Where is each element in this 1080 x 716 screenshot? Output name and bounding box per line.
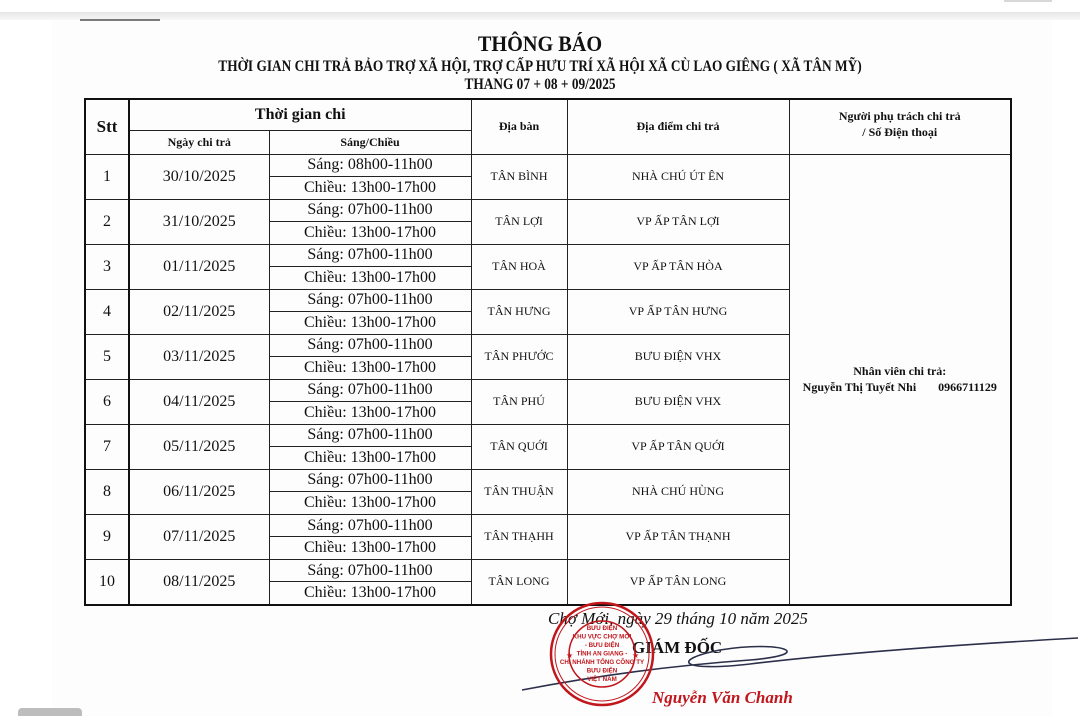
row-morning-slot: Sáng: 08h00-11h00 [269,154,471,177]
row-afternoon-slot: Chiều: 13h00-17h00 [269,357,471,380]
person-in-charge: Nhân viên chi trả:Nguyễn Thị Tuyết Nhi09… [789,154,1011,605]
signer-name: Nguyễn Văn Chanh [652,688,793,708]
paper-fold-edge [80,19,160,21]
row-afternoon-slot: Chiều: 13h00-17h00 [269,177,471,200]
row-afternoon-slot: Chiều: 13h00-17h00 [269,222,471,245]
row-stt: 7 [85,424,129,469]
row-place: BƯU ĐIỆN VHX [567,334,789,379]
row-morning-slot: Sáng: 07h00-11h00 [269,424,471,447]
payment-schedule-table: Stt Thời gian chi Địa bàn Địa điểm chi t… [84,98,1012,606]
row-date: 31/10/2025 [129,199,269,244]
svg-text:- BƯU ĐIỆN: - BƯU ĐIỆN [585,641,620,649]
row-stt: 8 [85,469,129,514]
person-name: Nguyễn Thị Tuyết Nhi [803,380,917,394]
row-area: TÂN BÌNH [471,154,567,199]
header-date: Ngày chi trả [129,130,269,154]
row-stt: 3 [85,244,129,289]
viewer-bottom-handle[interactable] [18,708,82,716]
row-morning-slot: Sáng: 07h00-11h00 [269,244,471,267]
row-afternoon-slot: Chiều: 13h00-17h00 [269,402,471,425]
document-subtitle: THỜI GIAN CHI TRẢ BẢO TRỢ XÃ HỘI, TRỢ CẤ… [76,58,1005,76]
row-area: TÂN QUỚI [471,424,567,469]
row-afternoon-slot: Chiều: 13h00-17h00 [269,447,471,470]
row-area: TÂN LỢI [471,199,567,244]
row-area: TÂN PHÚ [471,379,567,424]
viewer-top-shadow [0,12,1080,20]
header-place: Địa điểm chi trả [567,99,789,154]
person-label: Nhân viên chi trả: [790,363,1011,379]
row-place: NHÀ CHÚ HÙNG [567,469,789,514]
svg-text:TỈNH AN GIANG -: TỈNH AN GIANG - [577,651,628,658]
row-date: 08/11/2025 [129,559,269,605]
document-title: THÔNG BÁO [43,31,1037,57]
row-place: BƯU ĐIỆN VHX [567,379,789,424]
table-row: 130/10/2025Sáng: 08h00-11h00TÂN BÌNHNHÀ … [85,154,1011,177]
header-person: Người phụ trách chi trả / Số Điện thoại [789,99,1011,154]
header-time-group: Thời gian chi [129,99,471,130]
svg-text:BƯU ĐIỆN: BƯU ĐIỆN [587,667,618,675]
row-date: 01/11/2025 [129,244,269,289]
row-place: VP ẤP TÂN HÒA [567,244,789,289]
row-morning-slot: Sáng: 07h00-11h00 [269,199,471,222]
row-date: 30/10/2025 [129,154,269,199]
person-phone: 0966711129 [938,380,997,394]
row-stt: 9 [85,514,129,559]
row-afternoon-slot: Chiều: 13h00-17h00 [269,312,471,335]
person-name-line: Nguyễn Thị Tuyết Nhi0966711129 [790,379,1011,395]
header-stt: Stt [85,99,129,154]
row-place: VP ẤP TÂN LỢI [567,199,789,244]
row-area: TÂN HOÀ [471,244,567,289]
svg-text:BƯU ĐIỆN: BƯU ĐIỆN [587,624,618,632]
row-area: TÂN THUẬN [471,469,567,514]
header-person-line2: / Số Điện thoại [790,124,1011,140]
row-area: TÂN HƯNG [471,289,567,334]
row-afternoon-slot: Chiều: 13h00-17h00 [269,492,471,515]
row-morning-slot: Sáng: 07h00-11h00 [269,334,471,357]
row-stt: 2 [85,199,129,244]
row-date: 07/11/2025 [129,514,269,559]
header-person-line1: Người phụ trách chi trả [790,108,1011,124]
header-area: Địa bàn [471,99,567,154]
row-date: 03/11/2025 [129,334,269,379]
header-session: Sáng/Chiều [269,130,471,154]
row-place: VP ẤP TÂN THẠNH [567,514,789,559]
row-stt: 4 [85,289,129,334]
row-date: 05/11/2025 [129,424,269,469]
row-stt: 5 [85,334,129,379]
row-date: 02/11/2025 [129,289,269,334]
svg-text:VIỆT NAM: VIỆT NAM [587,675,617,683]
row-morning-slot: Sáng: 07h00-11h00 [269,559,471,582]
row-afternoon-slot: Chiều: 13h00-17h00 [269,582,471,605]
row-place: NHÀ CHÚ ÚT ÊN [567,154,789,199]
row-morning-slot: Sáng: 07h00-11h00 [269,514,471,537]
row-place: VP ẤP TÂN HƯNG [567,289,789,334]
document-period: THANG 07 + 08 + 09/2025 [76,76,1005,94]
row-place: VP ẤP TÂN LONG [567,559,789,605]
row-date: 04/11/2025 [129,379,269,424]
row-area: TÂN THẠHH [471,514,567,559]
row-morning-slot: Sáng: 07h00-11h00 [269,289,471,312]
row-place: VP ẤP TÂN QUỚI [567,424,789,469]
row-morning-slot: Sáng: 07h00-11h00 [269,469,471,492]
row-stt: 10 [85,559,129,605]
row-morning-slot: Sáng: 07h00-11h00 [269,379,471,402]
row-stt: 1 [85,154,129,199]
official-seal-stamp: ★ ★ BƯU ĐIỆNKHU VỰC CHỢ MỚI- BƯU ĐIỆNTỈN… [548,600,656,708]
viewer-top-bar [0,0,1080,12]
row-stt: 6 [85,379,129,424]
svg-text:CHI NHÁNH TỔNG CÔNG TY: CHI NHÁNH TỔNG CÔNG TY [560,658,645,666]
row-afternoon-slot: Chiều: 13h00-17h00 [269,537,471,560]
row-afternoon-slot: Chiều: 13h00-17h00 [269,267,471,290]
viewer-top-indicator [1004,0,1052,2]
row-area: TÂN LONG [471,559,567,605]
svg-text:KHU VỰC CHỢ MỚI: KHU VỰC CHỢ MỚI [573,633,632,641]
row-date: 06/11/2025 [129,469,269,514]
row-area: TÂN PHƯỚC [471,334,567,379]
